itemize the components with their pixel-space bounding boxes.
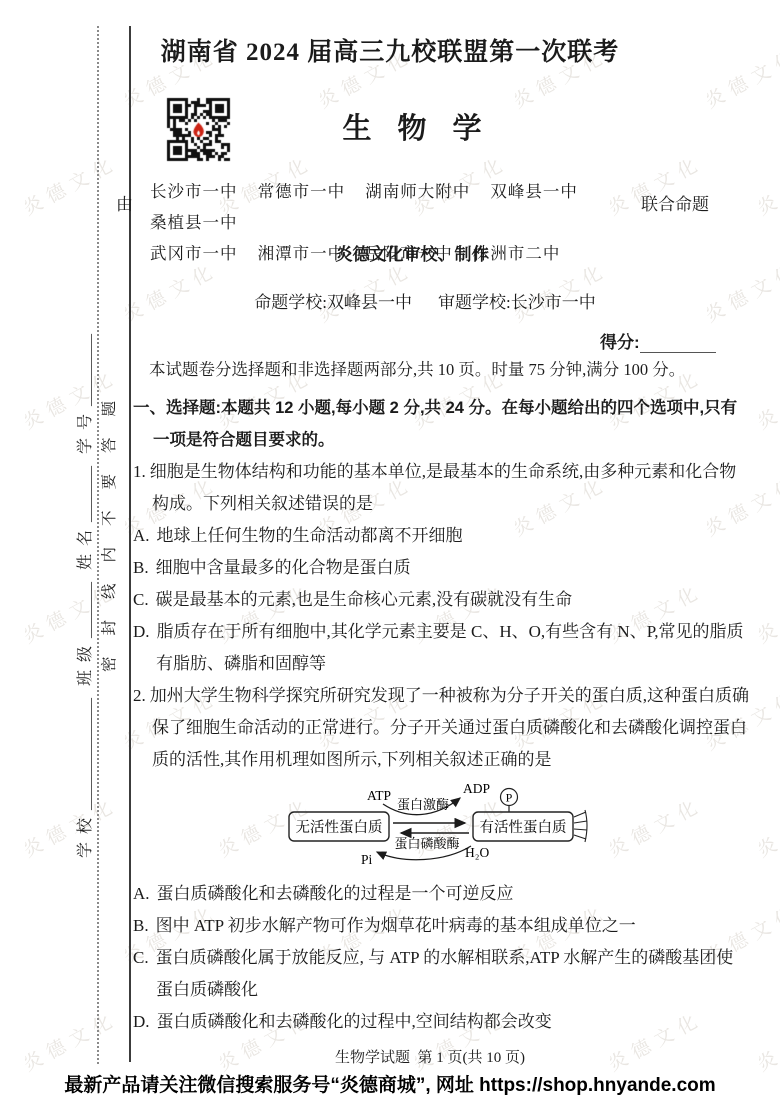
class-field-label: 班 级 (77, 644, 94, 686)
reaction-diagram: 无活性蛋白质 有活性蛋白质 AT (277, 780, 749, 876)
question-2-option-a: A.蛋白质磷酸化和去磷酸化的过程是一个可逆反应 (133, 878, 749, 910)
active-protein-label: 有活性蛋白质 (480, 819, 567, 836)
seal-notice: 密封线内不要答题 (97, 380, 119, 672)
exam-info: 本试题卷分选择题和非选择题两部分,共 10 页。时量 75 分钟,满分 100 … (149, 356, 685, 380)
phosphatase-label: 蛋白磷酸酶 (394, 836, 459, 851)
question-2-option-c: C.蛋白质磷酸化属于放能反应, 与 ATP 的水解相联系,ATP 水解产生的磷酸… (133, 942, 749, 1006)
school-field-blank: ______________ (77, 698, 94, 810)
option-label: D. (133, 1012, 150, 1031)
option-text: 图中 ATP 初步水解产物可作为烟草花叶病毒的基本组成单位之一 (156, 916, 636, 935)
option-label: C. (133, 590, 149, 609)
page-footer: 生物学试题 第 1 页(共 10 页) (80, 1046, 780, 1067)
option-text: 地球上任何生物的生命活动都离不开细胞 (157, 526, 463, 545)
question-2-stem-row: 2.加州大学生物科学探究所研究发现了一种被称为分子开关的蛋白质,这种蛋白质确保了… (133, 680, 749, 776)
question-1-option-a: A.地球上任何生物的生命活动都离不开细胞 (133, 520, 749, 552)
question-number: 1. (133, 462, 146, 481)
kinase-label: 蛋白激酶 (397, 797, 449, 812)
inactive-protein-label: 无活性蛋白质 (296, 819, 383, 836)
main-content: 一、选择题:本题共 12 小题,每小题 2 分,共 24 分。在每小题给出的四个… (133, 392, 749, 1038)
question-1-option-d: D.脂质存在于所有细胞中,其化学元素主要是 C、H、O,有些含有 N、P,常见的… (133, 616, 749, 680)
score-label: 得分: (600, 333, 640, 352)
setter-line: 命题学校:双峰县一中审题学校:长沙市一中 (70, 288, 780, 313)
watermark: 炎德文化 (18, 148, 123, 221)
adp-label: ADP (463, 781, 490, 796)
question-number: 2. (133, 686, 146, 705)
question-1-option-b: B.细胞中含量最多的化合物是蛋白质 (133, 552, 749, 584)
option-label: B. (133, 916, 149, 935)
question-stem: 细胞是生物体结构和功能的基本单位,是最基本的生命系统,由多种元素和化合物构成。下… (150, 462, 737, 513)
option-label: C. (133, 948, 149, 967)
student-number-field-label: 学 号 (77, 412, 94, 454)
section-heading: 一、选择题:本题共 12 小题,每小题 2 分,共 24 分。在每小题给出的四个… (133, 392, 749, 456)
reviewer-school: 审题学校:长沙市一中 (438, 293, 596, 312)
question-stem: 加州大学生物科学探究所研究发现了一种被称为分子开关的蛋白质,这种蛋白质确保了细胞… (150, 686, 749, 769)
score-row: 得分: (600, 328, 716, 353)
watermark: 炎德文化 (752, 148, 780, 221)
option-label: B. (133, 558, 149, 577)
membrane-fringe (574, 810, 587, 842)
content-border-line (129, 26, 131, 1062)
option-label: A. (133, 884, 150, 903)
school-name: 常德市一中 (258, 182, 346, 201)
atp-label: ATP (367, 788, 391, 803)
school-name: 湖南师大附中 (365, 182, 470, 201)
joint-proposition-label: 联合命题 (641, 190, 709, 215)
promo-footer: 最新产品请关注微信搜索服务号“炎德商城”, 网址 https://shop.hn… (0, 1070, 780, 1097)
option-text: 碳是最基本的元素,也是生命核心元素,没有碳就没有生命 (156, 590, 573, 609)
school-name: 桑植县一中 (150, 213, 238, 232)
watermark: 炎德文化 (752, 362, 780, 435)
organizer-label: 由 (116, 190, 133, 215)
subject-title: 生物学 (44, 106, 780, 147)
watermark: 炎德文化 (18, 790, 123, 863)
phosphate-label: P (506, 791, 513, 805)
question-2-option-b: B.图中 ATP 初步水解产物可作为烟草花叶病毒的基本组成单位之一 (133, 910, 749, 942)
score-blank (640, 336, 716, 353)
option-text: 蛋白质磷酸化属于放能反应, 与 ATP 的水解相联系,ATP 水解产生的磷酸基团… (156, 948, 734, 999)
h2o-label: H₂O (465, 845, 489, 860)
watermark: 炎德文化 (752, 576, 780, 649)
question-2: 2.加州大学生物科学探究所研究发现了一种被称为分子开关的蛋白质,这种蛋白质确保了… (133, 680, 749, 1038)
school-field-label: 学 校 (77, 816, 94, 858)
producer-line: 炎德文化审校、制作 (44, 240, 780, 265)
school-name: 双峰县一中 (490, 182, 578, 201)
proposer-school: 命题学校:双峰县一中 (254, 293, 412, 312)
option-text: 蛋白质磷酸化和去磷酸化的过程中,空间结构都会改变 (157, 1012, 552, 1031)
option-text: 脂质存在于所有细胞中,其化学元素主要是 C、H、O,有些含有 N、P,常见的脂质… (156, 622, 744, 673)
school-name: 长沙市一中 (150, 182, 238, 201)
exam-paper-page: 炎德文化炎德文化炎德文化炎德文化炎德文化炎德文化炎德文化炎德文化炎德文化炎德文化… (0, 0, 780, 1104)
question-2-option-d: D.蛋白质磷酸化和去磷酸化的过程中,空间结构都会改变 (133, 1006, 749, 1038)
option-label: A. (133, 526, 150, 545)
student-number-field-blank: _________ (77, 334, 94, 406)
student-info-fields: 学 校______________ 班 级_______ 姓 名_______ … (72, 222, 96, 858)
question-1-option-c: C.碳是最基本的元素,也是生命核心元素,没有碳就没有生命 (133, 584, 749, 616)
school-list-row1: 长沙市一中 常德市一中 湖南师大附中 双峰县一中 桑植县一中 (150, 176, 630, 238)
question-1-stem-row: 1.细胞是生物体结构和功能的基本单位,是最基本的生命系统,由多种元素和化合物构成… (133, 456, 749, 520)
name-field-blank: _______ (77, 466, 94, 522)
pi-label: Pi (361, 852, 373, 867)
exam-title: 湖南省 2024 届高三九校联盟第一次联考 (0, 32, 780, 68)
watermark: 炎德文化 (752, 790, 780, 863)
option-text: 蛋白质磷酸化和去磷酸化的过程是一个可逆反应 (157, 884, 514, 903)
name-field-label: 姓 名 (77, 528, 94, 570)
class-field-blank: _______ (77, 582, 94, 638)
option-label: D. (133, 622, 150, 641)
question-1: 1.细胞是生物体结构和功能的基本单位,是最基本的生命系统,由多种元素和化合物构成… (133, 456, 749, 680)
option-text: 细胞中含量最多的化合物是蛋白质 (156, 558, 411, 577)
